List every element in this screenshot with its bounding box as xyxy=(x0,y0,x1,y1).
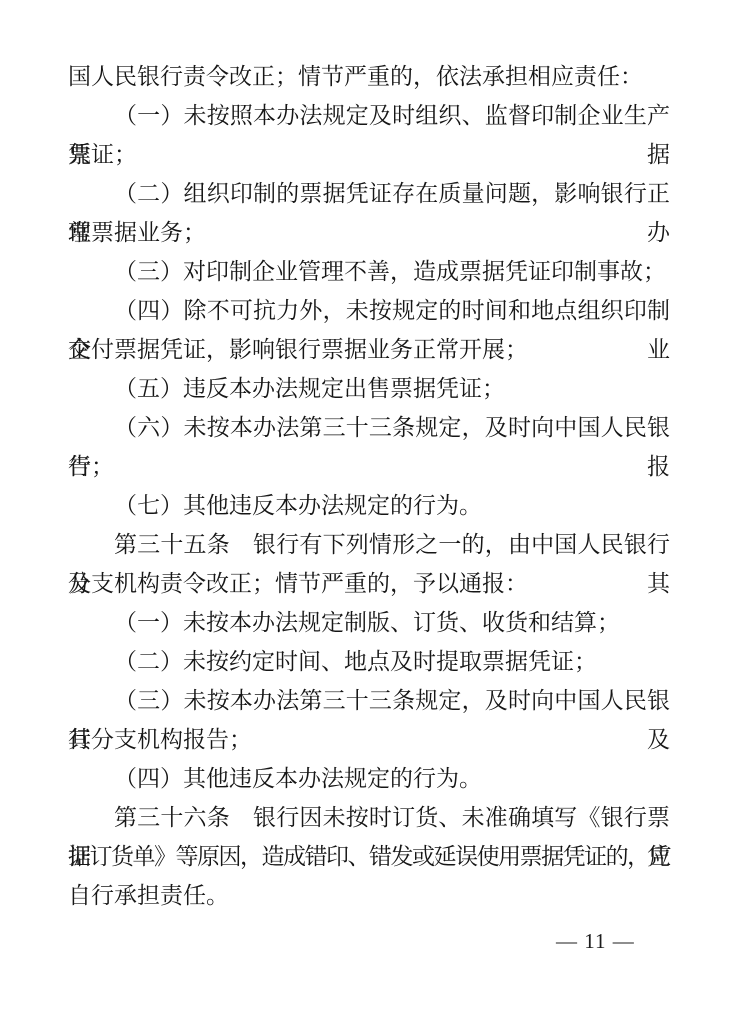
text-line: （二）未按约定时间、地点及时提取票据凭证； xyxy=(68,642,670,681)
text-line: （七）其他违反本办法规定的行为。 xyxy=(68,486,670,525)
document-body: 国人民银行责令改正；情节严重的，依法承担相应责任： （一）未按照本办法规定及时组… xyxy=(68,57,670,915)
text-line: 证订货单》等原因，造成错印、错发或延误使用票据凭证的，应 xyxy=(68,837,670,876)
text-line: （四）其他违反本办法规定的行为。 xyxy=(68,759,670,798)
page-number: — 11 — xyxy=(556,928,676,954)
text-line: （六）未按本办法第三十三条规定，及时向中国人民银行报 xyxy=(68,408,670,447)
text-line: 自行承担责任。 xyxy=(68,876,670,915)
text-line: （二）组织印制的票据凭证存在质量问题，影响银行正常办 xyxy=(68,174,670,213)
text-line: 国人民银行责令改正；情节严重的，依法承担相应责任： xyxy=(68,57,670,96)
document-page: 国人民银行责令改正；情节严重的，依法承担相应责任： （一）未按照本办法规定及时组… xyxy=(0,0,740,1024)
text-line: （三）对印制企业管理不善，造成票据凭证印制事故； xyxy=(68,252,670,291)
text-line: （四）除不可抗力外，未按规定的时间和地点组织印制企业 xyxy=(68,291,670,330)
text-line: 第三十五条 银行有下列情形之一的，由中国人民银行及其 xyxy=(68,525,670,564)
text-line: （五）违反本办法规定出售票据凭证； xyxy=(68,369,670,408)
text-line: （三）未按本办法第三十三条规定，及时向中国人民银行及 xyxy=(68,681,670,720)
text-line: 第三十六条 银行因未按时订货、未准确填写《银行票据凭 xyxy=(68,798,670,837)
text-line: （一）未按照本办法规定及时组织、监督印制企业生产票据 xyxy=(68,96,670,135)
text-line: （一）未按本办法规定制版、订货、收货和结算； xyxy=(68,603,670,642)
